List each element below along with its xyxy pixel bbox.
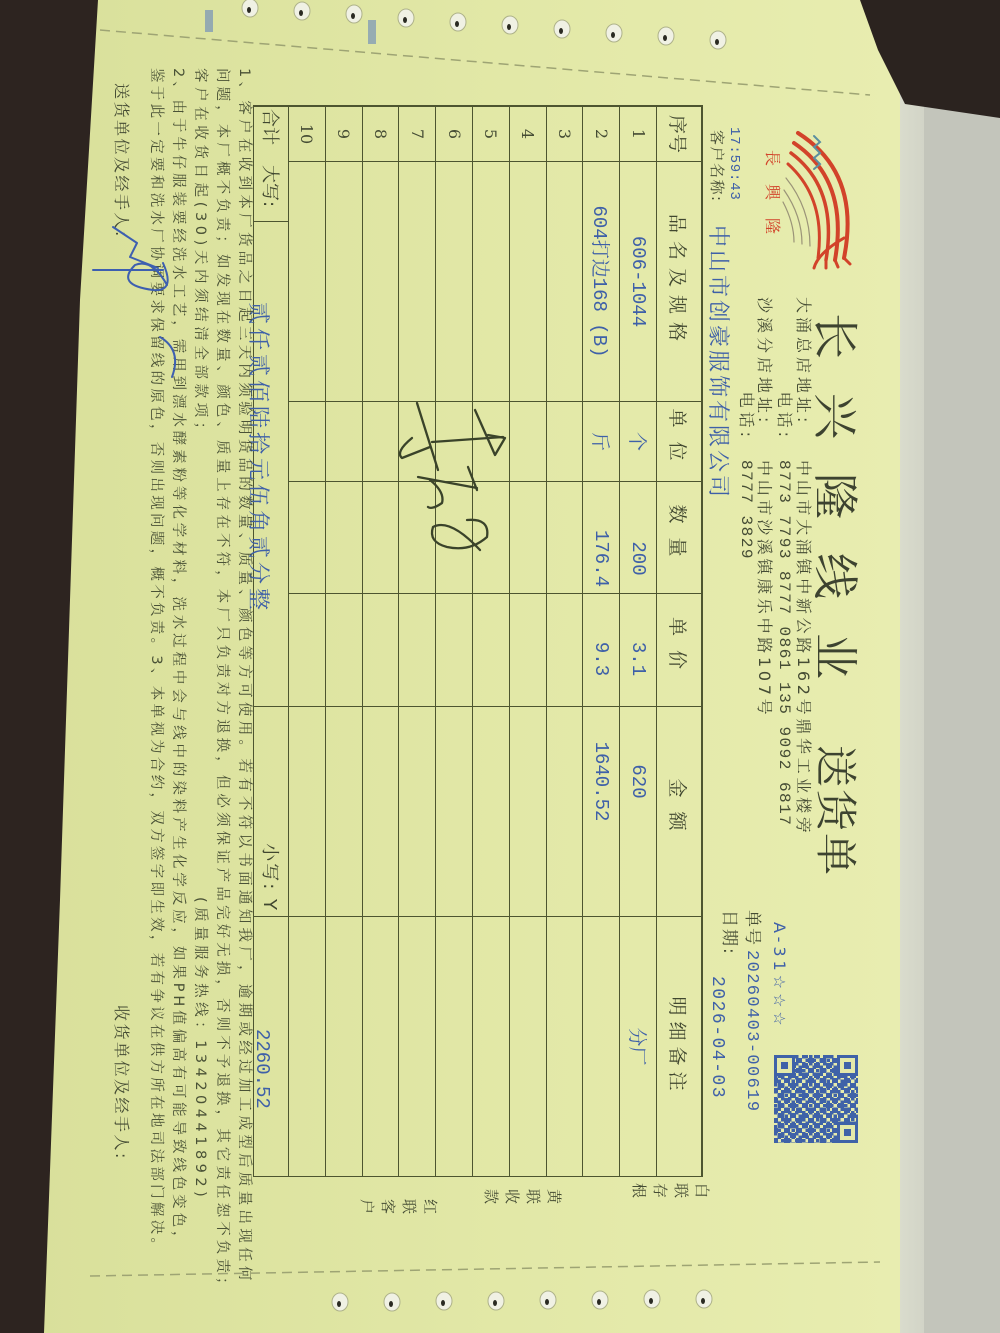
- quality-hotline: (质量服务热线：13420441892): [188, 897, 211, 1201]
- header-item: 品名及规格: [657, 162, 701, 402]
- form-code: A-31☆☆☆: [770, 922, 788, 1030]
- total-row: 合计 大写: 贰仟贰佰陆拾元伍角贰分整 小写: Y 2260.52: [253, 107, 288, 1177]
- row-number: 7: [399, 107, 435, 162]
- table-row: 7: [398, 107, 435, 1177]
- item-amount: [399, 707, 435, 917]
- items-table: 序号 品名及规格 单位 数量 单价 金额 明细备注 1 606-1044 个 2…: [253, 105, 703, 1177]
- terms-line: 鉴于此一定要和洗水厂协调要求保留线的原色，否则出现问题，概不负责。3、本单视为合…: [145, 68, 167, 1296]
- total-label: 合计: [258, 109, 284, 145]
- item-name: [326, 162, 362, 402]
- item-remark: [436, 917, 472, 1177]
- table-row: 1 606-1044 个 200 3.1 620 分厂: [619, 107, 656, 1177]
- total-figures-label: 小写: Y: [254, 707, 288, 917]
- table-row: 4: [509, 107, 546, 1177]
- print-time: 17:59:43: [726, 127, 742, 201]
- order-number: 20260403-00619: [742, 950, 761, 1112]
- item-amount: 620: [620, 707, 656, 917]
- row-number: 5: [473, 107, 509, 162]
- item-amount: [326, 707, 362, 917]
- row-number: 8: [363, 107, 399, 162]
- document-type-title: 送货单: [814, 745, 856, 877]
- item-name: [363, 162, 399, 402]
- terms-line: 问题，本厂概不负责；如发现在数量、颜色、质量上存在不符，本厂只负责对方退换，但必…: [211, 68, 233, 1296]
- qr-finder-icon: [837, 1122, 858, 1143]
- item-unit: [363, 402, 399, 482]
- item-price: [473, 594, 509, 707]
- item-unit: [326, 402, 362, 482]
- item-unit: [436, 402, 472, 482]
- delivery-note: 長興隆 长兴隆线业 送货单 大涌总店地址: 中山市大涌镇中新公路162号鼎华工业…: [38, 0, 900, 1333]
- header-remark: 明细备注: [657, 917, 701, 1177]
- item-amount: [363, 707, 399, 917]
- order-number-label: 单号: [742, 910, 761, 946]
- item-qty: [289, 482, 325, 594]
- head-office-label: 大涌总店地址:: [794, 297, 812, 441]
- table-row: 8: [362, 107, 399, 1177]
- item-name: [473, 162, 509, 402]
- item-amount: [436, 707, 472, 917]
- item-unit: [547, 402, 583, 482]
- terms-payment: 客户在收货日起(30)天内须结清全部款项；: [192, 68, 208, 441]
- item-amount: 1640.52: [583, 707, 619, 917]
- terms-line: 2、由于牛仔服装要经洗水工艺，需用到漂水酵素粉等化学材料，洗水过程中会与线中的染…: [167, 68, 189, 1296]
- item-amount: [473, 707, 509, 917]
- qr-finder-icon: [774, 1055, 795, 1076]
- item-remark: [399, 917, 435, 1177]
- item-name: [399, 162, 435, 402]
- item-unit: [399, 402, 435, 482]
- header-amount: 金额: [657, 707, 701, 917]
- header-qty: 数量: [657, 482, 701, 594]
- item-amount: [510, 707, 546, 917]
- row-number: 9: [326, 107, 362, 162]
- item-remark: [583, 917, 619, 1177]
- terms-line: 1、客户在收到本厂货品之日起三天内须验明货品的数量、质量、颜色等方可使用。若有不…: [233, 68, 255, 1296]
- item-name: [436, 162, 472, 402]
- copy-label-red: 红联客户: [354, 1197, 438, 1215]
- branch-phones: 8777 3829: [737, 460, 755, 560]
- item-remark: 分厂: [620, 917, 656, 1177]
- head-office-phones: 8773 7793 8777 0861 135 9092 6817: [775, 460, 793, 826]
- item-price: [363, 594, 399, 707]
- branch-phone-label: 电话:: [737, 297, 755, 441]
- item-name: [510, 162, 546, 402]
- item-qty: [363, 482, 399, 594]
- row-number: 1: [620, 107, 656, 162]
- company-name: 长兴隆线业: [812, 313, 858, 713]
- head-office-address: 中山市大涌镇中新公路162号鼎华工业楼旁: [794, 460, 812, 837]
- qr-finder-icon: [837, 1055, 858, 1076]
- item-amount: [547, 707, 583, 917]
- item-name: 606-1044: [620, 162, 656, 402]
- item-remark: [363, 917, 399, 1177]
- item-name: [289, 162, 325, 402]
- item-unit: [289, 402, 325, 482]
- company-logo-icon: [771, 118, 876, 283]
- header-price: 单价: [657, 594, 701, 707]
- receiver-signature-label: 收货单位及经手人:: [112, 1005, 130, 1161]
- item-qty: [326, 482, 362, 594]
- item-qty: [399, 482, 435, 594]
- total-figures-cell: 2260.52: [254, 917, 288, 1177]
- item-price: [547, 594, 583, 707]
- copy-label-white: 白联存根: [626, 1181, 710, 1199]
- terms-and-conditions: 1、客户在收到本厂货品之日起三天内须验明货品的数量、质量、颜色等方可使用。若有不…: [145, 68, 255, 1296]
- item-qty: 176.4: [583, 482, 619, 594]
- head-office-phone-label: 电话:: [775, 297, 793, 441]
- table-row: 9: [325, 107, 362, 1177]
- row-number: 6: [436, 107, 472, 162]
- total-words-cell: 贰仟贰佰陆拾元伍角贰分整: [254, 222, 288, 707]
- item-unit: [510, 402, 546, 482]
- item-price: [510, 594, 546, 707]
- item-qty: [436, 482, 472, 594]
- total-label-cell: 合计 大写:: [254, 107, 288, 222]
- item-amount: [289, 707, 325, 917]
- copy-label-yellow: 黄联收款: [478, 1187, 562, 1205]
- table-row: 10: [288, 107, 325, 1177]
- item-qty: 200: [620, 482, 656, 594]
- table-row: 2 604打边168 (B) 斤 176.4 9.3 1640.52: [582, 107, 619, 1177]
- item-remark: [473, 917, 509, 1177]
- row-number: 3: [547, 107, 583, 162]
- row-number: 2: [583, 107, 619, 162]
- table-row: 3: [546, 107, 583, 1177]
- item-name: 604打边168 (B): [583, 162, 619, 402]
- item-name: [547, 162, 583, 402]
- item-remark: [289, 917, 325, 1177]
- header-no: 序号: [657, 107, 701, 162]
- customer-name: 中山市创豪服饰有限公司: [705, 225, 729, 500]
- date-label: 日期:: [719, 910, 738, 956]
- item-remark: [326, 917, 362, 1177]
- item-unit: [473, 402, 509, 482]
- table-row: 5: [472, 107, 509, 1177]
- header-unit: 单位: [657, 402, 701, 482]
- customer-label: 客户名称:: [708, 130, 725, 203]
- item-remark: [547, 917, 583, 1177]
- branch-label: 沙溪分店地址:: [755, 297, 773, 441]
- item-unit: 斤: [583, 402, 619, 482]
- item-price: [436, 594, 472, 707]
- table-row: 6: [435, 107, 472, 1177]
- table-header: 序号 品名及规格 单位 数量 单价 金额 明细备注: [656, 107, 701, 1177]
- item-price: 9.3: [583, 594, 619, 707]
- sender-signature-label: 送货单位及经手人:: [112, 83, 130, 239]
- item-qty: [473, 482, 509, 594]
- row-number: 4: [510, 107, 546, 162]
- terms-line: 客户在收货日起(30)天内须结清全部款项； (质量服务热线：1342044189…: [189, 68, 211, 1296]
- item-price: 3.1: [620, 594, 656, 707]
- branch-address: 中山市沙溪镇康乐中路107号: [755, 460, 773, 718]
- item-price: [399, 594, 435, 707]
- item-price: [326, 594, 362, 707]
- logo-text: 長興隆: [763, 150, 781, 252]
- total-words-label: 大写:: [258, 165, 284, 207]
- item-qty: [510, 482, 546, 594]
- item-price: [289, 594, 325, 707]
- qr-code-icon: [774, 1055, 858, 1143]
- item-unit: 个: [620, 402, 656, 482]
- date-value: 2026-04-03: [707, 976, 727, 1099]
- item-qty: [547, 482, 583, 594]
- row-number: 10: [289, 107, 325, 162]
- item-remark: [510, 917, 546, 1177]
